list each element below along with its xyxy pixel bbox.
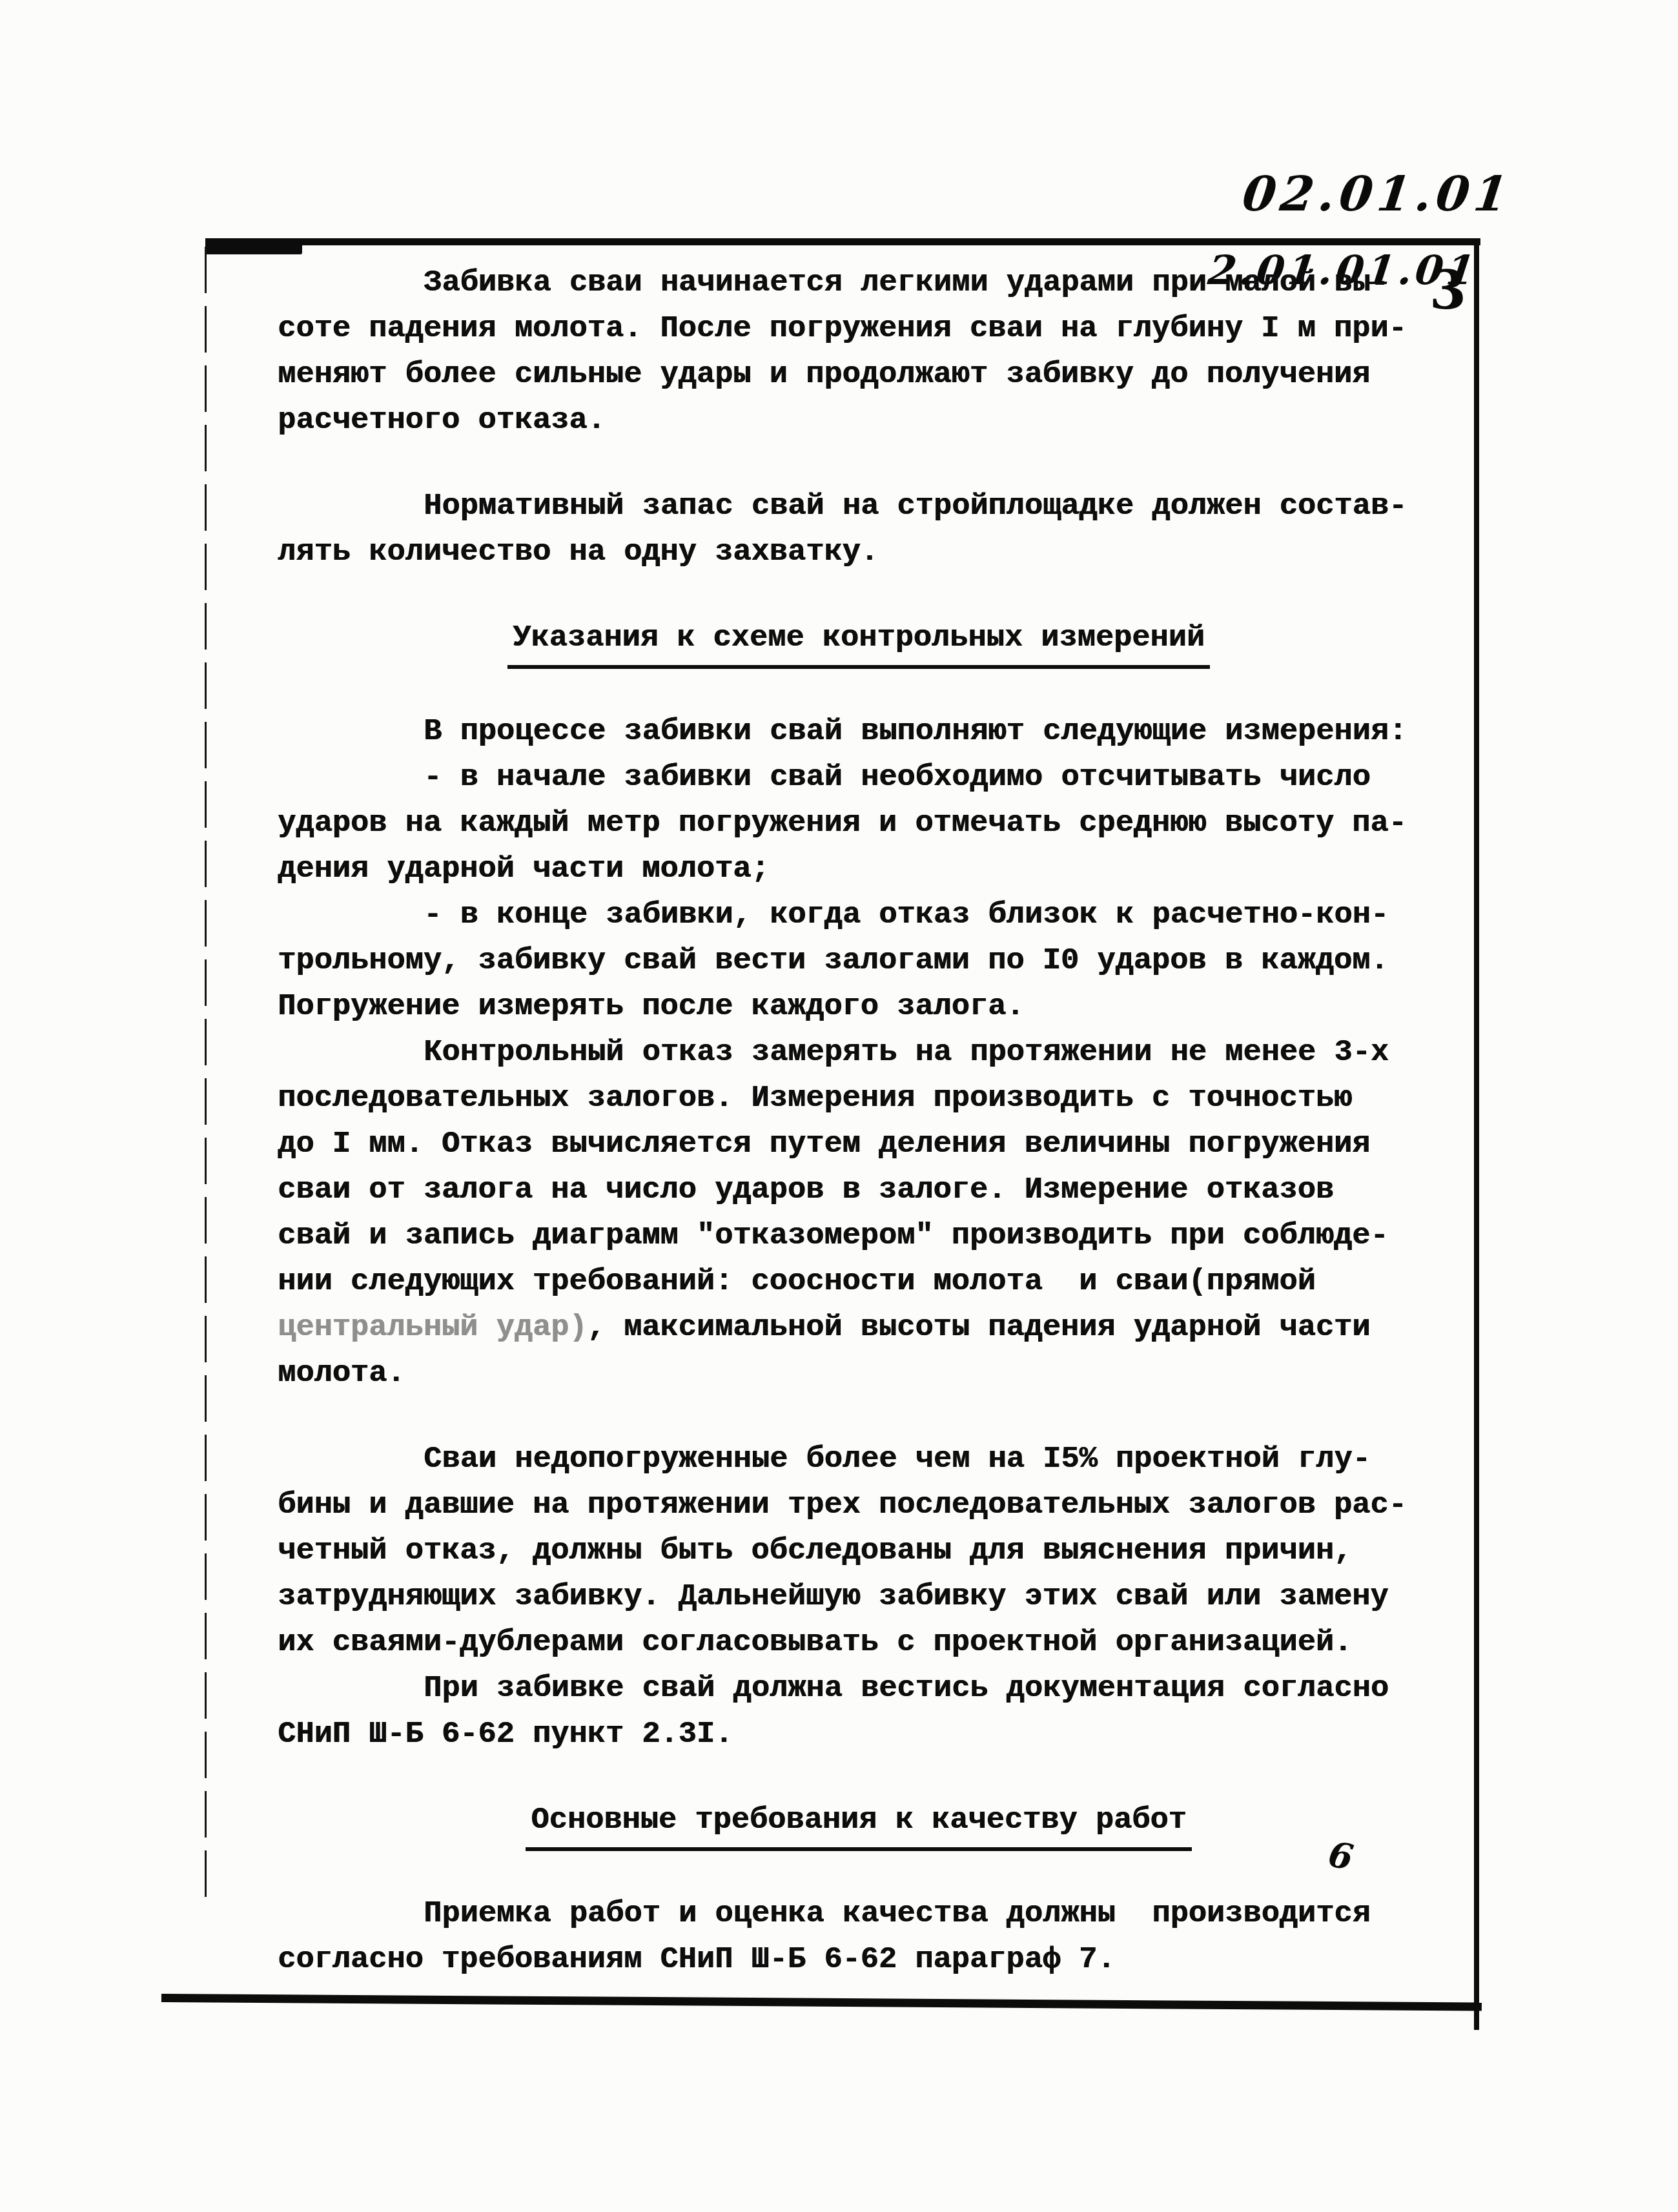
document-line: сваи от залога на число ударов в залоге.… bbox=[278, 1167, 1440, 1213]
scanned-document-page: 02.01.01 2.01.01.01 3 6 Забивка сваи нач… bbox=[0, 0, 1678, 2212]
document-line: затрудняющих забивку. Дальнейшую забивку… bbox=[278, 1574, 1440, 1620]
document-line: расчетного отказа. bbox=[278, 398, 1440, 444]
section-heading-row: Основные требования к качеству работ bbox=[278, 1797, 1440, 1851]
frame-bottom-border bbox=[161, 1994, 1482, 2011]
document-line: их сваями-дублерами согласовывать с прое… bbox=[278, 1620, 1440, 1666]
section-heading: Указания к схеме контрольных измерений bbox=[507, 615, 1210, 669]
document-line: трольному, забивку свай вести залогами п… bbox=[278, 938, 1440, 984]
document-line: меняют более сильные удары и продолжают … bbox=[278, 352, 1440, 398]
section-heading-row: Указания к схеме контрольных измерений bbox=[278, 615, 1440, 669]
document-line: Сваи недопогруженные более чем на I5% пр… bbox=[278, 1437, 1440, 1482]
section-heading: Основные требования к качеству работ bbox=[526, 1797, 1191, 1851]
document-line: свай и запись диаграмм "отказомером" про… bbox=[278, 1213, 1440, 1259]
frame-top-border bbox=[205, 238, 1480, 245]
document-line: ударов на каждый метр погружения и отмеч… bbox=[278, 801, 1440, 846]
document-line: до I мм. Отказ вычисляется путем деления… bbox=[278, 1121, 1440, 1167]
document-line: В процессе забивки свай выполняют следую… bbox=[278, 709, 1440, 755]
document-line: СНиП Ш-Б 6-62 пункт 2.3I. bbox=[278, 1712, 1440, 1757]
paragraph: Нормативный запас свай на стройплощадке … bbox=[278, 484, 1440, 575]
document-line: - в начале забивки свай необходимо отсчи… bbox=[278, 755, 1440, 801]
frame-top-corner bbox=[205, 238, 302, 254]
handwritten-stamp-top: 02.01.01 bbox=[1240, 167, 1515, 222]
document-line: Контрольный отказ замерять на протяжении… bbox=[278, 1030, 1440, 1076]
document-line: центральный удар), максимальной высоты п… bbox=[278, 1305, 1440, 1351]
document-line: дения ударной части молота; bbox=[278, 846, 1440, 892]
frame-right-border bbox=[1474, 238, 1479, 2030]
paragraph: В процессе забивки свай выполняют следую… bbox=[278, 709, 1440, 1397]
paragraph: Приемка работ и оценка качества должны п… bbox=[278, 1891, 1440, 1983]
document-line: молота. bbox=[278, 1351, 1440, 1397]
document-line: Погружение измерять после каждого залога… bbox=[278, 984, 1440, 1030]
document-line: бины и давшие на протяжении трех последо… bbox=[278, 1482, 1440, 1528]
document-line: четный отказ, должны быть обследованы дл… bbox=[278, 1528, 1440, 1574]
document-line: Приемка работ и оценка качества должны п… bbox=[278, 1891, 1440, 1937]
document-line: последовательных залогов. Измерения прои… bbox=[278, 1076, 1440, 1121]
document-line: Нормативный запас свай на стройплощадке … bbox=[278, 484, 1440, 529]
frame-left-border bbox=[205, 247, 207, 1903]
paragraph: Сваи недопогруженные более чем на I5% пр… bbox=[278, 1437, 1440, 1757]
paragraph: Забивка сваи начинается легкими ударами … bbox=[278, 260, 1440, 444]
document-line: нии следующих требований: соосности моло… bbox=[278, 1259, 1440, 1305]
document-line: При забивке свай должна вестись документ… bbox=[278, 1666, 1440, 1712]
document-body: Забивка сваи начинается легкими ударами … bbox=[278, 260, 1440, 1983]
faded-print: центральный удар) bbox=[278, 1311, 587, 1345]
document-line: согласно требованиям СНиП Ш-Б 6-62 параг… bbox=[278, 1937, 1440, 1983]
document-line: - в конце забивки, когда отказ близок к … bbox=[278, 892, 1440, 938]
document-line: соте падения молота. После погружения св… bbox=[278, 306, 1440, 352]
document-line: лять количество на одну захватку. bbox=[278, 529, 1440, 575]
document-line: Забивка сваи начинается легкими ударами … bbox=[278, 260, 1440, 306]
